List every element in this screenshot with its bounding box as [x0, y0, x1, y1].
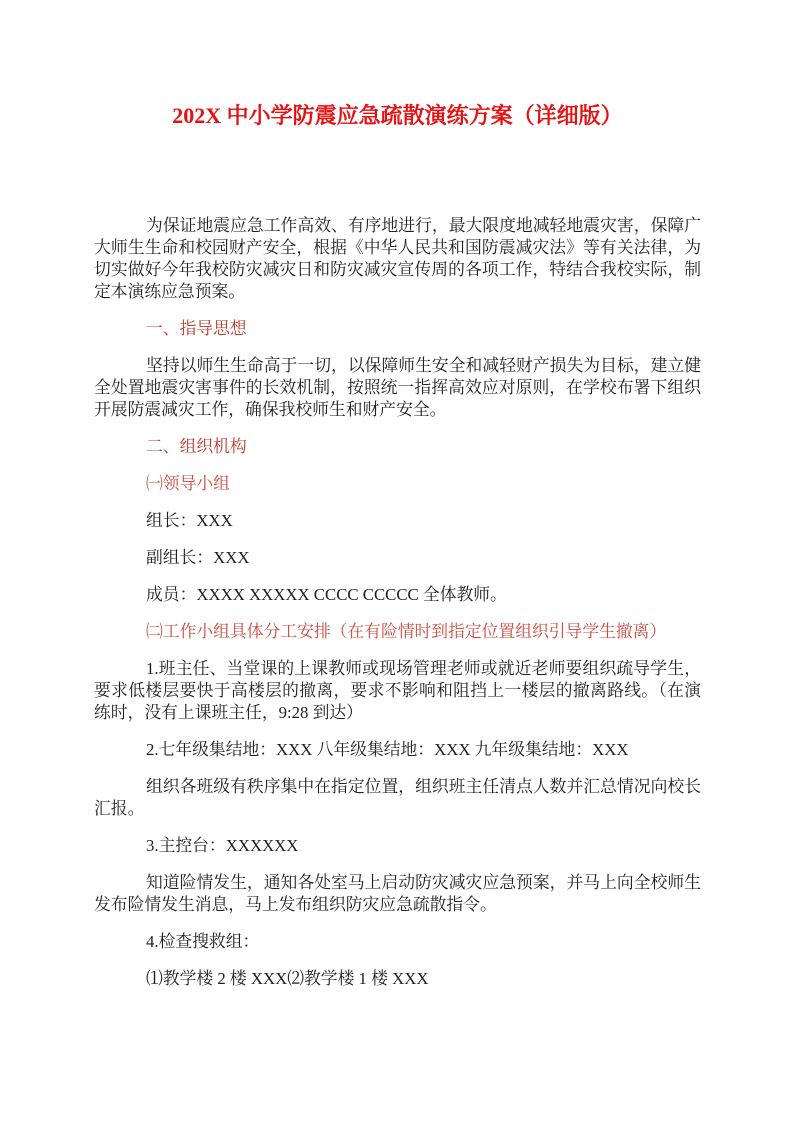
intro-paragraph: 为保证地震应急工作高效、有序地进行，最大限度地减轻地震灾害，保障广大师生生命和校… [94, 215, 701, 303]
heading-organization: 二、组织机构 [94, 436, 701, 458]
subheading-leading-group: ㈠领导小组 [94, 473, 701, 495]
paragraph-guiding-ideology: 坚持以师生生命高于一切，以保障师生安全和减轻财产损失为目标，建立健全处置地震灾害… [94, 355, 701, 421]
line-building-assignments: ⑴教学楼 2 楼 XXX⑵教学楼 1 楼 XXX [94, 968, 701, 990]
paragraph-assembly-organization: 组织各班级有秩序集中在指定位置，组织班主任清点人数并汇总情况向校长汇报。 [94, 776, 701, 820]
line-members: 成员：XXXX XXXXX CCCC CCCCC 全体教师。 [94, 584, 701, 606]
line-main-console: 3.主控台：XXXXXX [94, 835, 701, 857]
line-assembly-points: 2.七年级集结地：XXX 八年级集结地：XXX 九年级集结地：XXX [94, 739, 701, 761]
line-deputy-leader: 副组长：XXX [94, 547, 701, 569]
line-search-rescue-group: 4.检查搜救组： [94, 931, 701, 953]
paragraph-alert-notification: 知道险情发生，通知各处室马上启动防灾减灾应急预案，并马上向全校师生发布险情发生消… [94, 872, 701, 916]
heading-guiding-ideology: 一、指导思想 [94, 318, 701, 340]
line-group-leader: 组长：XXX [94, 510, 701, 532]
subheading-work-group-assignment: ㈡工作小组具体分工安排（在有险情时到指定位置组织引导学生撤离） [94, 621, 701, 643]
document-page: 202X 中小学防震应急疏散演练方案（详细版） 为保证地震应急工作高效、有序地进… [0, 0, 793, 1122]
document-title: 202X 中小学防震应急疏散演练方案（详细版） [94, 99, 701, 133]
paragraph-teacher-duties: 1.班主任、当堂课的上课教师或现场管理老师或就近老师要组织疏导学生，要求低楼层要… [94, 658, 701, 724]
